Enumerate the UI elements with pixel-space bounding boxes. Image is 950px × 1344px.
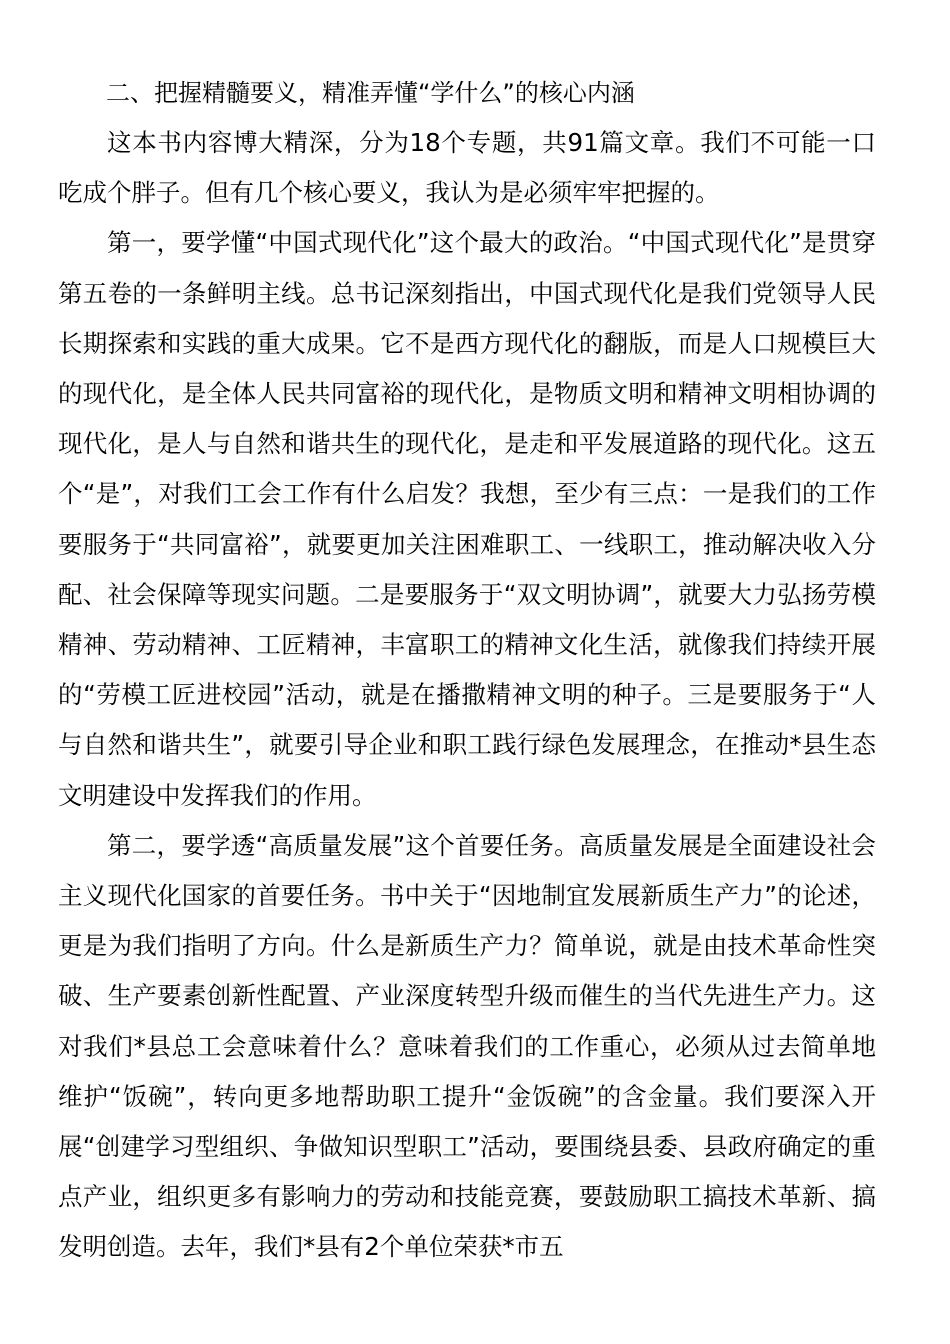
paragraph-second-point: 第二，要学透“高质量发展”这个首要任务。高质量发展是全面建设社会主义现代化国家的… (58, 821, 876, 1273)
paragraph-intro: 这本书内容博大精深，分为18个专题，共91篇文章。我们不可能一口吃成个胖子。但有… (58, 118, 876, 218)
section-heading: 二、把握精髓要义，精准弄懂“学什么”的核心内涵 (58, 68, 876, 118)
paragraph-first-point: 第一，要学懂“中国式现代化”这个最大的政治。“中国式现代化”是贯穿第五卷的一条鲜… (58, 218, 876, 820)
document-page: 二、把握精髓要义，精准弄懂“学什么”的核心内涵 这本书内容博大精深，分为18个专… (58, 68, 876, 1273)
